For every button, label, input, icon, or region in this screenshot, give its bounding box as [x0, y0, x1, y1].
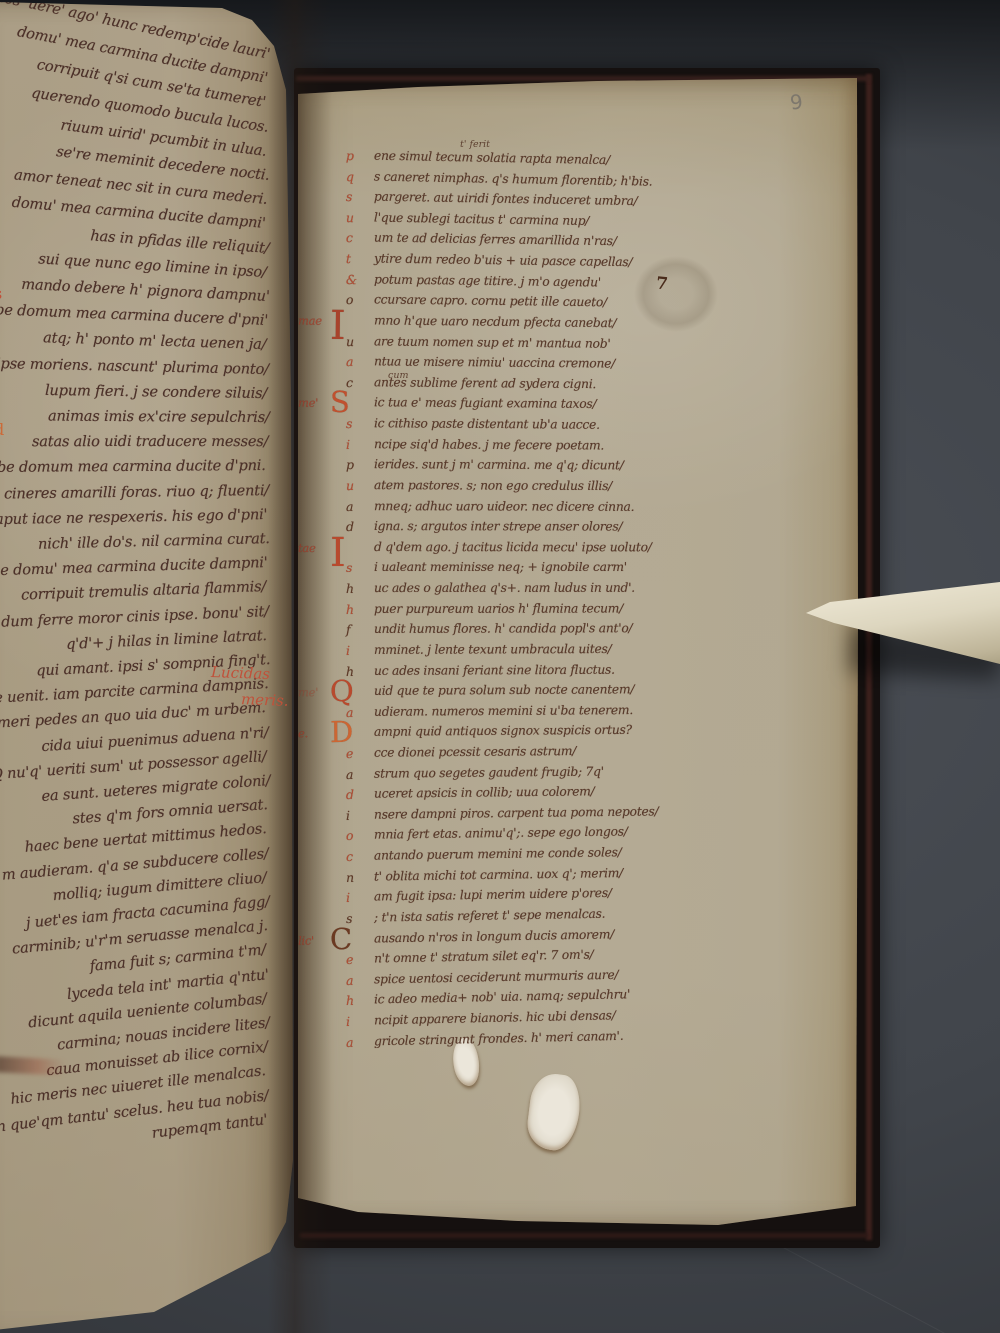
line-text: satas alio uidi traducere messes/: [32, 433, 268, 450]
margin-initial: a: [346, 1034, 368, 1049]
manuscript-line: tytire dum redeo b'uis + uia pasce capel…: [344, 251, 633, 269]
manuscript-line: urbe domum mea carmina ducere d'pni': [0, 301, 268, 329]
margin-initial: h: [346, 581, 368, 596]
line-text: dum ferre moror cinis ipse. bonu' sit/: [1, 603, 269, 631]
line-text: strum quo segetes gaudent frugib; 7q': [374, 764, 604, 780]
manuscript-line: q'd'+ j hilas in limine latrat.: [66, 627, 267, 653]
margin-initial: e: [346, 746, 368, 761]
manuscript-line: aspice uentosi ceciderunt murmuris aure/: [344, 968, 619, 987]
speaker-rubric: tae: [298, 541, 316, 555]
manuscript-line: cineres amarilli foras. riuo q; fluenti/: [4, 482, 269, 502]
line-text: spice uentosi ceciderunt murmuris aure/: [374, 968, 619, 987]
margin-initial: o: [346, 292, 368, 307]
line-text: um te ad delicias ferres amarillida n'ra…: [374, 231, 617, 249]
line-text: udieram. numeros memini si u'ba tenerem.: [374, 703, 633, 719]
line-text: mando debere h' pignora dampnu': [21, 276, 270, 305]
manuscript-line: cantando puerum memini me conde soles/: [344, 845, 622, 863]
line-text: d q'dem ago. j tacitus licida mecu' ipse…: [374, 540, 652, 554]
manuscript-line: hpuer purpureum uarios h' flumina tecum/: [344, 601, 623, 616]
cover-bottom-edge: [300, 1233, 868, 1238]
decorated-initial: S: [330, 388, 350, 417]
line-text: t' oblita michi tot carmina. uox q'; mer…: [374, 866, 623, 884]
line-text: pargeret. aut uiridi fontes induceret um…: [374, 190, 638, 209]
interlinear-gloss: cum: [388, 370, 408, 381]
line-text: ausando n'ros in longum ducis amorem/: [374, 927, 614, 945]
margin-initial: p: [346, 457, 368, 472]
stray-ink-mark: 7: [655, 273, 669, 294]
manuscript-line: antua ue misere nimiu' uaccina cremone/: [344, 354, 615, 371]
line-text: mminet. j lente texunt umbracula uites/: [374, 642, 612, 657]
margin-initial: u: [346, 478, 368, 493]
margin-initial: c: [346, 231, 368, 246]
line-text: urbe domum mea carmina ducere d'pni': [0, 301, 268, 329]
manuscript-line: e.Dampni quid antiquos signox suspicis o…: [344, 723, 632, 739]
line-text: potum pastas age titire. j m'o agendu': [374, 272, 601, 289]
margin-initial: i: [346, 890, 368, 905]
manuscript-line: ecce dionei pcessit cesaris astrum/: [344, 744, 576, 760]
line-text: antando puerum memini me conde soles/: [374, 845, 622, 862]
line-text: ic adeo media+ nob' uia. namq; sepulchru…: [374, 988, 630, 1007]
manuscript-line: satas alio uidi traducere messes/: [32, 433, 268, 450]
manuscript-line: audieram. numeros memini si u'ba tenerem…: [344, 703, 633, 719]
speaker-rubric: lic': [298, 933, 314, 947]
manuscript-line: mando debere h' pignora dampnu': [21, 276, 270, 305]
margin-initial: i: [346, 437, 368, 452]
line-text: ccursare capro. cornu petit ille caueto/: [374, 293, 607, 310]
speaker-rubric-meris: meris.: [241, 690, 289, 710]
decorated-initial: Q: [330, 677, 354, 706]
manuscript-line: digna. s; argutos inter strepe anser olo…: [344, 519, 622, 534]
manuscript-line: pierides. sunt j m' carmina. me q'q; dic…: [344, 457, 624, 472]
manuscript-line: lupum fieri. j se condere siluis/: [45, 382, 267, 402]
manuscript-line: incipe siq'd habes. j me fecere poetam.: [344, 437, 604, 452]
line-text: ic cithiso paste distentant ub'a uacce.: [374, 416, 600, 432]
manuscript-line: incipit apparere bianoris. hic ubi densa…: [344, 1008, 616, 1028]
interlinear-gloss: t' ferit: [460, 139, 490, 150]
line-text: has in pfidas ille reliquit/: [90, 227, 270, 257]
line-text: atq; h' ponto m' lecta uenen ja/: [42, 330, 266, 354]
margin-initial: p: [346, 148, 368, 163]
margin-initial: t: [346, 251, 368, 266]
line-text: ipse moriens. nascunt' plurima ponto/: [0, 355, 269, 378]
manuscript-line: omnia fert etas. animu'q';. sepe ego lon…: [344, 825, 628, 843]
line-text: nsere dampni piros. carpent tua poma nep…: [374, 804, 659, 821]
folio-number: 9: [789, 89, 804, 114]
line-text: be domu' mea carmina ducite dampni': [0, 554, 268, 579]
manuscript-line: uatem pastores. s; non ego credulus illi…: [344, 478, 612, 493]
line-text: are tuum nomen sup et m' mantua nob': [374, 334, 611, 350]
margin-initial: d: [346, 519, 368, 534]
margin-initial: s: [346, 560, 368, 575]
manuscript-line: si ualeant meminisse neq; + ignobile car…: [344, 560, 627, 574]
line-text: animas imis ex'cire sepulchris/: [48, 408, 270, 426]
manuscript-line: animas imis ex'cire sepulchris/: [48, 408, 270, 426]
decorated-initial: D: [330, 718, 353, 747]
manuscript-line: caput iace ne respexeris. his ego d'pni': [0, 506, 267, 528]
manuscript-line: astrum quo segetes gaudent frugib; 7q': [344, 764, 604, 780]
right-page-text-block: t' ferit cum pene simul tecum solatia ra…: [344, 148, 654, 1078]
manuscript-line: sui que nunc ego limine in ipso/: [38, 250, 267, 281]
speaker-rubric: me': [298, 685, 318, 699]
manuscript-line: ul'que sublegi tacitus t' carmina nup/: [344, 210, 589, 228]
speaker-rubric: me': [298, 396, 318, 410]
line-text: sui que nunc ego limine in ipso/: [38, 250, 267, 281]
manuscript-line: dum ferre moror cinis ipse. bonu' sit/: [1, 603, 269, 631]
line-text: am fugit ipsa: lupi merim uidere p'ores/: [374, 886, 612, 904]
manuscript-line: hic adeo media+ nob' uia. namq; sepulchr…: [344, 988, 630, 1008]
margin-initial: d: [346, 787, 368, 802]
manuscript-line: insere dampni piros. carpent tua poma ne…: [344, 804, 659, 822]
line-text: ; t'n ista satis referet t' sepe menalca…: [374, 907, 605, 925]
manuscript-line: s; t'n ista satis referet t' sepe menalc…: [344, 907, 605, 925]
line-text: ierides. sunt j m' carmina. me q'q; dicu…: [374, 457, 624, 472]
line-text: uc ades insani feriant sine litora fluct…: [374, 662, 615, 677]
manuscript-line: occursare capro. cornu petit ille caueto…: [344, 292, 607, 309]
line-text: uc ades o galathea q's+. nam ludus in un…: [374, 581, 635, 595]
line-text: mnia fert etas. animu'q';. sepe ego long…: [374, 825, 628, 842]
margin-initial: u: [346, 210, 368, 225]
manuscript-line: imminet. j lente texunt umbracula uites/: [344, 642, 612, 657]
manuscript-line: urbe domum mea carmina ducite d'pni.: [0, 457, 266, 476]
line-text: mneq; adhuc uaro uideor. nec dicere cinn…: [374, 499, 634, 514]
line-text: ncipit apparere bianoris. hic ubi densas…: [374, 1008, 616, 1027]
line-text: undit humus flores. h' candida popl's an…: [374, 621, 632, 636]
manuscript-line: duceret apsicis in collib; uua colorem/: [344, 785, 595, 802]
manuscript-line: amneq; adhuc uaro uideor. nec dicere cin…: [344, 499, 634, 514]
line-text: n't omne t' stratum silet eq'r. 7 om's/: [374, 948, 594, 966]
margin-initial: h: [346, 993, 368, 1008]
line-text: atem pastores. s; non ego credulus illis…: [374, 478, 612, 493]
margin-initial: s: [346, 416, 368, 431]
line-text: caput iace ne respexeris. his ego d'pni': [0, 506, 267, 528]
line-text: uceret apsicis in collib; uua colorem/: [374, 785, 595, 801]
line-text: corripuit tremulis altaria flammis/: [21, 578, 267, 604]
manuscript-photo: 7 9 t' ferit cum pene simul tecum solati…: [0, 0, 1000, 1333]
manuscript-line: iam fugit ipsa: lupi merim uidere p'ores…: [344, 886, 612, 904]
line-text: l'que sublegi tacitus t' carmina nup/: [374, 210, 589, 228]
manuscript-line: sic cithiso paste distentant ub'a uacce.: [344, 416, 600, 432]
manuscript-line: huc ades o galathea q's+. nam ludus in u…: [344, 581, 635, 595]
speaker-rubric: mae: [298, 313, 322, 327]
margin-initial: i: [346, 808, 368, 823]
margin-initial: h: [346, 602, 368, 617]
manuscript-line: atq; h' ponto m' lecta uenen ja/: [42, 330, 266, 354]
line-text: nich' ille do's. nil carmina curat.: [38, 530, 270, 553]
margin-initial: c: [346, 849, 368, 864]
manuscript-line: corripuit tremulis altaria flammis/: [21, 578, 267, 604]
margin-initial: u: [346, 334, 368, 349]
manuscript-line: nt' oblita michi tot carmina. uox q'; me…: [344, 866, 623, 884]
margin-initial: e: [346, 952, 368, 967]
manuscript-line: uare tuum nomen sup et m' mantua nob': [344, 334, 611, 351]
speaker-rubric: e.: [298, 727, 308, 741]
manuscript-line: me'Quid que te pura solum sub nocte cane…: [344, 682, 634, 698]
margin-initial: &: [346, 272, 368, 287]
decorated-initial: C: [330, 924, 352, 953]
margin-initial: a: [346, 499, 368, 514]
manuscript-line: en't omne t' stratum silet eq'r. 7 om's/: [344, 948, 594, 967]
margin-initial: n: [346, 869, 368, 884]
manuscript-line: &potum pastas age titire. j m'o agendu': [344, 272, 601, 289]
manuscript-line: spargeret. aut uiridi fontes induceret u…: [344, 189, 638, 208]
manuscript-line: me'Sic tua e' meas fugiant examina taxos…: [344, 395, 596, 411]
margin-initial: o: [346, 828, 368, 843]
line-text: puer purpureum uarios h' flumina tecum/: [374, 601, 623, 615]
manuscript-line: pene simul tecum solatia rapta menalca/: [344, 148, 610, 167]
margin-initial: i: [346, 643, 368, 658]
margin-initial: a: [346, 354, 368, 369]
line-text: ytire dum redeo b'uis + uia pasce capell…: [374, 252, 633, 270]
line-text: lupum fieri. j se condere siluis/: [45, 382, 267, 402]
margin-initial: q: [346, 169, 368, 184]
line-text: cce dionei pcessit cesaris astrum/: [374, 744, 576, 760]
line-text: cineres amarilli foras. riuo q; fluenti/: [4, 482, 269, 502]
line-text: ene simul tecum solatia rapta menalca/: [374, 149, 610, 168]
cut-red-initial: d: [0, 420, 6, 439]
line-text: i ualeant meminisse neq; + ignobile carm…: [374, 560, 627, 574]
line-text: mno h'que uaro necdum pfecta canebat/: [374, 313, 616, 330]
speaker-rubric-lucidas: Lucidas: [211, 663, 271, 683]
manuscript-line: has in pfidas ille reliquit/: [90, 227, 270, 257]
manuscript-line: lic'Causando n'ros in longum ducis amore…: [344, 927, 614, 946]
manuscript-line: be domu' mea carmina ducite dampni': [0, 554, 268, 579]
line-text: ncipe siq'd habes. j me fecere poetam.: [374, 437, 604, 452]
manuscript-line: agricole stringunt frondes. h' meri cana…: [344, 1028, 624, 1048]
margin-initial: a: [346, 766, 368, 781]
line-text: gricole stringunt frondes. h' meri canam…: [374, 1028, 624, 1048]
line-text: s caneret nimphas. q's humum florentib; …: [374, 169, 653, 188]
manuscript-line: huc ades insani feriant sine litora fluc…: [344, 662, 615, 677]
cut-red-initial: s: [0, 284, 6, 303]
line-text: ampni quid antiquos signox suspicis ortu…: [374, 723, 632, 739]
line-text: ntua ue misere nimiu' uaccina cremone/: [374, 354, 615, 370]
manuscript-line: cantes sublime ferent ad sydera cigni.: [344, 375, 596, 391]
margin-initial: i: [346, 1014, 368, 1029]
manuscript-line: qs caneret nimphas. q's humum florentib;…: [344, 169, 653, 189]
line-text: igna. s; argutos inter strepe anser olor…: [374, 519, 622, 533]
margin-initial: a: [346, 972, 368, 987]
manuscript-line: ipse moriens. nascunt' plurima ponto/: [0, 355, 269, 378]
smudged-gloss: [0, 1056, 66, 1076]
line-text: uid que te pura solum sub nocte canentem…: [374, 682, 634, 697]
line-text: urbe domum mea carmina ducite d'pni.: [0, 457, 266, 476]
manuscript-line: maeImno h'que uaro necdum pfecta canebat…: [344, 313, 616, 330]
manuscript-line: fundit humus flores. h' candida popl's a…: [344, 621, 632, 636]
line-text: ic tua e' meas fugiant examina taxos/: [374, 396, 596, 412]
manuscript-line: nich' ille do's. nil carmina curat.: [38, 530, 270, 553]
parchment-hole-large: [525, 1071, 584, 1153]
margin-initial: f: [346, 622, 368, 637]
line-text: q'd'+ j hilas in limine latrat.: [66, 627, 267, 653]
manuscript-line: cum te ad delicias ferres amarillida n'r…: [344, 230, 617, 248]
margin-initial: s: [346, 189, 368, 204]
manuscript-line: taeId q'dem ago. j tacitus licida mecu' …: [344, 540, 652, 554]
